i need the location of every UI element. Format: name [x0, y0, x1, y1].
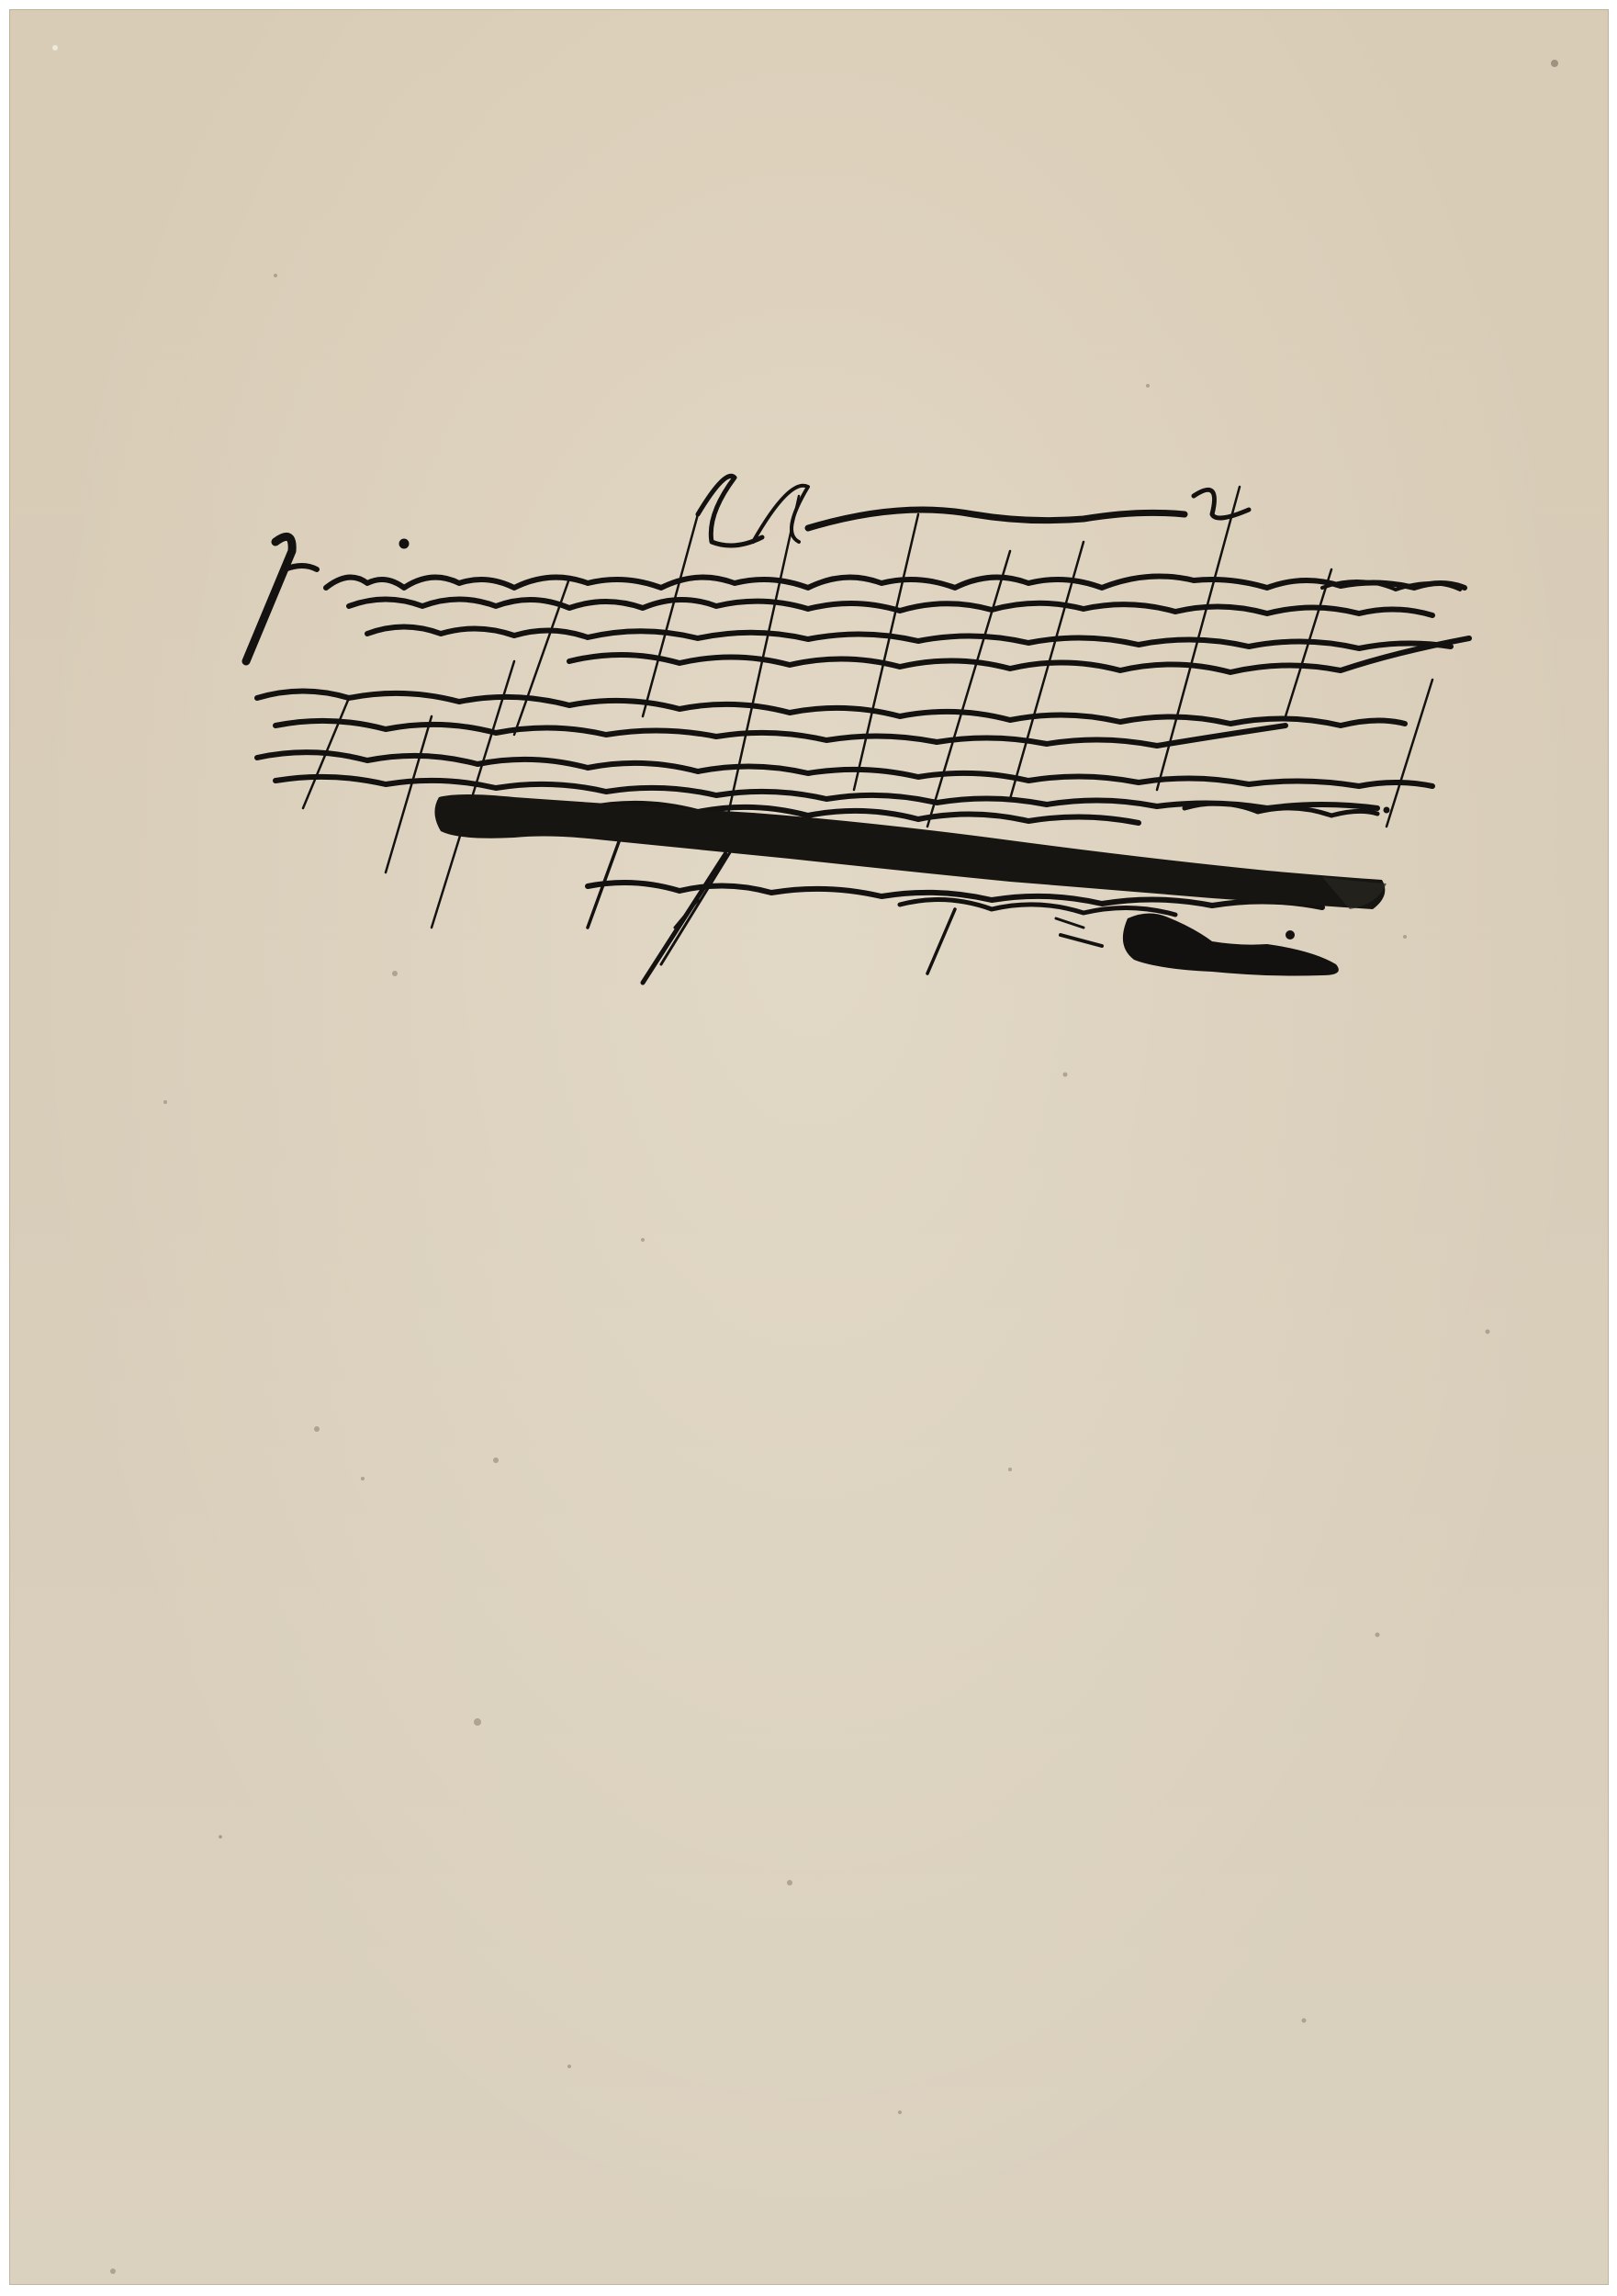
- ink-blot: [1123, 913, 1339, 975]
- handwriting-artwork: [0, 0, 1617, 2296]
- initial-j-stroke: [246, 536, 292, 661]
- ink-dot: [1286, 930, 1295, 940]
